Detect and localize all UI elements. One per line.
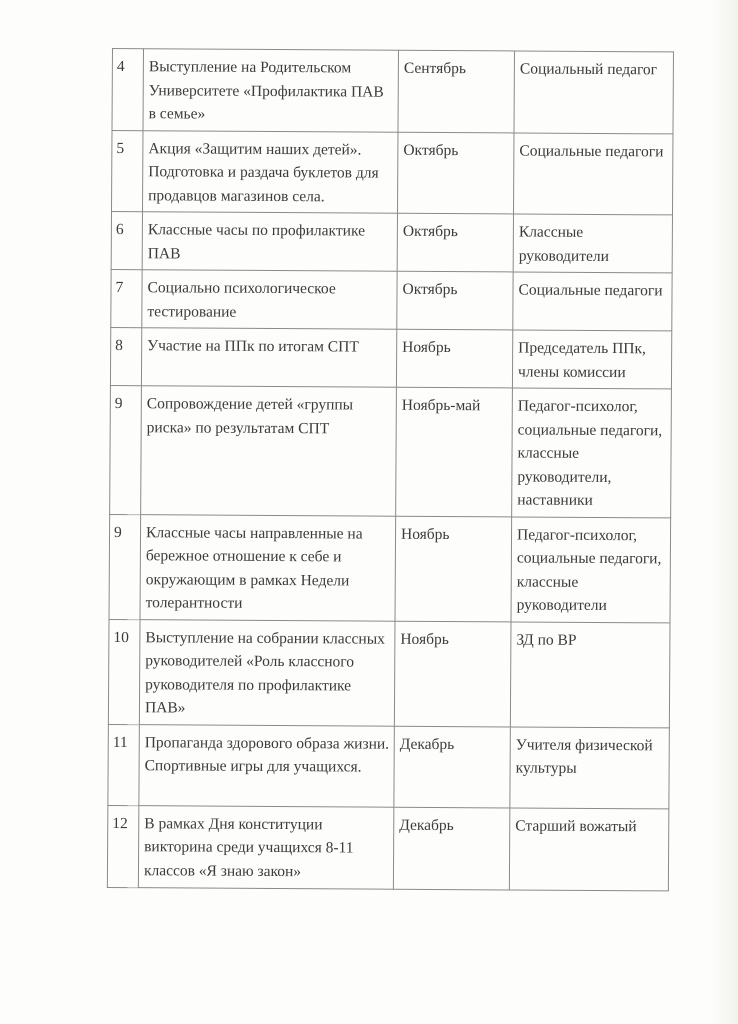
row-number-cell: 12 (107, 805, 139, 887)
table-body: 4 Выступление на Родительском Университе… (107, 49, 673, 891)
table-row: 4 Выступление на Родительском Университе… (112, 49, 673, 134)
activity-plan-table: 4 Выступление на Родительском Университе… (107, 48, 674, 891)
event-cell: Выступление на собрании классных руковод… (139, 619, 395, 726)
date-cell: Ноябрь (395, 516, 512, 622)
table-row: 8 Участие на ППк по итогам СПТ Ноябрь Пр… (110, 327, 671, 388)
responsible-cell: Социальный педагог (514, 51, 673, 133)
date-cell: Ноябрь (396, 329, 512, 388)
responsible-cell: Педагог-психолог, социальные педагоги, к… (512, 388, 672, 517)
date-cell: Октябрь (397, 213, 513, 272)
responsible-cell: Классные руководители (513, 214, 672, 273)
event-cell: Акция «Защитим наших детей». Подготовка … (143, 130, 398, 213)
date-cell: Октябрь (397, 132, 513, 214)
event-cell: Пропаганда здорового образа жизни. Спорт… (139, 724, 394, 807)
responsible-cell: ЗД по ВР (510, 621, 670, 727)
row-number-cell: 4 (112, 49, 143, 131)
row-number-cell: 9 (109, 514, 141, 619)
table-row: 12 В рамках Дня конституции викторина ср… (107, 805, 668, 890)
responsible-cell: Председатель ППк, члены комиссии (512, 330, 671, 389)
row-number-cell: 8 (110, 327, 141, 385)
responsible-cell: Педагог-психолог, социальные педагоги, к… (511, 516, 671, 622)
event-cell: Классные часы по профилактике ПАВ (142, 212, 397, 272)
row-number-cell: 10 (108, 619, 140, 724)
event-cell: Выступление на Родительском Университете… (143, 49, 398, 132)
table-row: 7 Социально психологическое тестирование… (111, 269, 672, 330)
table-row: 6 Классные часы по профилактике ПАВ Октя… (111, 212, 672, 273)
row-number-cell: 11 (108, 724, 139, 805)
table-row: 9 Классные часы направленные на бережное… (109, 514, 671, 622)
row-number-cell: 7 (111, 269, 142, 327)
date-cell: Декабрь (394, 726, 510, 808)
event-cell: Сопровождение детей «группы риска» по ре… (141, 386, 397, 516)
responsible-cell: Учителя физической культуры (510, 726, 669, 808)
scanned-page-edge (710, 0, 738, 1024)
table-row: 10 Выступление на собрании классных руко… (108, 619, 670, 727)
date-cell: Сентябрь (398, 50, 514, 132)
event-cell: Классные часы направленные на бережное о… (140, 514, 396, 621)
date-cell: Декабрь (393, 807, 509, 890)
date-cell: Ноябрь-май (396, 387, 513, 516)
responsible-cell: Социальные педагоги (513, 132, 672, 214)
row-number-cell: 5 (112, 130, 143, 212)
table-row: 9 Сопровождение детей «группы риска» по … (110, 385, 672, 517)
table-row: 11 Пропаганда здорового образа жизни. Сп… (108, 724, 669, 808)
responsible-cell: Старший вожатый (509, 807, 668, 890)
event-cell: Социально психологическое тестирование (142, 270, 397, 330)
event-cell: Участие на ППк по итогам СПТ (141, 328, 396, 388)
table-row: 5 Акция «Защитим наших детей». Подготовк… (112, 130, 673, 215)
row-number-cell: 6 (111, 212, 142, 270)
date-cell: Октябрь (397, 271, 513, 330)
responsible-cell: Социальные педагоги (513, 272, 672, 331)
event-cell: В рамках Дня конституции викторина среди… (138, 805, 393, 889)
row-number-cell: 9 (110, 385, 142, 514)
date-cell: Ноябрь (394, 621, 511, 727)
